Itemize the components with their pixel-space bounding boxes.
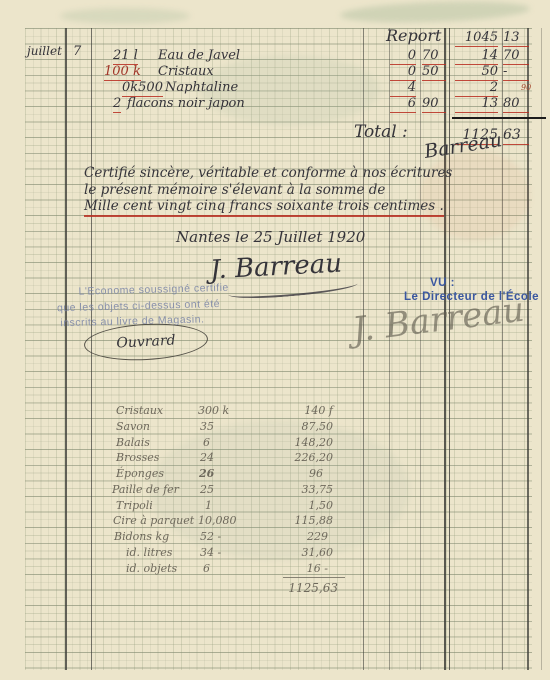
pencil-item: Brosses [116,451,159,464]
pencil-value: 16 - [278,562,328,575]
entry-quantity: 100 k [104,64,141,81]
pencil-value: 31,60 [278,546,333,559]
sum-rule [452,117,546,119]
entry-description: Eau de Javel [158,48,240,63]
entry-unit-price-francs: 6 [390,96,416,113]
entry-amount-cents: 80 [503,96,529,113]
entry-quantity: 21 l [113,48,138,65]
ink-bleed-stain [60,8,190,24]
pencil-item: Bidons kg [114,530,169,543]
pencil-item: Éponges [116,467,164,480]
total-label: Total : [354,122,408,142]
pencil-qty: 6 [203,562,210,575]
total-amount-cents: 63 [503,127,529,145]
entry-description: Naphtaline [165,80,238,95]
pencil-value: 1,50 [278,499,333,512]
econome-signature-name: Ouvrard [116,332,176,351]
pencil-value: 140 f [278,404,333,417]
report-label: Report [386,26,441,45]
pencil-item: id. litres [126,546,172,559]
pencil-qty: 24 [200,451,214,464]
entry-description: Cristaux [158,64,214,79]
entry-unit-price-francs: 0 [390,48,416,65]
pencil-row: id. objets 6 16 - [0,562,550,580]
pencil-value: 115,88 [278,514,333,527]
vu-stamp-line1: VU : [430,276,539,290]
entry-unit-price-francs: 0 [390,64,416,81]
entry-amount-francs: 14 [455,48,498,65]
entry-amount-francs: 50 [455,64,498,81]
pencil-value: 33,75 [278,483,333,496]
pencil-qty: 34 - [200,546,221,559]
entry-amount-francs: 13 [455,96,498,113]
certification-sum-in-words: Mille cent vingt cinq francs soixante tr… [84,198,444,217]
report-amount-cents: 13 [503,30,529,47]
pencil-item: Tripoli [116,499,153,512]
pencil-value: 226,20 [278,451,333,464]
pencil-total: 1125,63 [278,581,338,595]
pencil-item: Paille de fer [112,483,179,496]
pencil-value: 87,50 [278,420,333,433]
pencil-qty: 35 [200,420,214,433]
pencil-qty: 1 [205,499,212,512]
margin-note: 90 [521,83,531,92]
entry-unit-price-cents: 90 [422,96,446,113]
pencil-qty: 6 [203,436,210,449]
pencil-item: id. objets [126,562,177,575]
ink-bleed-stain [340,0,531,25]
pencil-value: 96 [278,467,323,480]
pencil-qty: 10,080 [198,514,237,527]
certification-line1: Certifié sincère, véritable et conforme … [84,165,452,181]
entry-unit-price-cents: 70 [422,48,446,65]
entry-unit-price-francs: 4 [390,80,416,97]
pencil-sum-rule [283,577,345,578]
entry-amount-cents: 70 [503,48,529,65]
entry-amount-francs: 2 [455,80,498,97]
pencil-item: Cristaux [116,404,163,417]
entry-amount-cents: - [503,64,529,81]
pencil-value: 229 [278,530,328,543]
pencil-item: Savon [116,420,150,433]
pencil-qty: 300 k [198,404,229,417]
place-date-line: Nantes le 25 Juillet 1920 [176,228,365,246]
entry-quantity: 0k500 [122,80,163,97]
entry-unit-price-cents: 50 [422,64,446,81]
entry-description: flacons noir japon [127,96,245,111]
ledger-page: juillet 7 Report 1045 13 21 l Eau de Jav… [0,0,550,680]
pencil-qty: 26 [199,467,214,480]
pencil-value: 148,20 [278,436,333,449]
pencil-qty: 25 [200,483,214,496]
pencil-item: Balais [116,436,150,449]
ledger-entry-row: 2 flacons noir japon 6 90 13 80 [0,96,550,114]
pencil-item: Cire à parquet [113,514,194,527]
certification-line2: le présent mémoire s'élevant à la somme … [84,182,385,198]
entry-quantity: 2 [113,96,121,113]
report-amount-francs: 1045 [455,30,498,47]
pencil-qty: 52 - [200,530,221,543]
